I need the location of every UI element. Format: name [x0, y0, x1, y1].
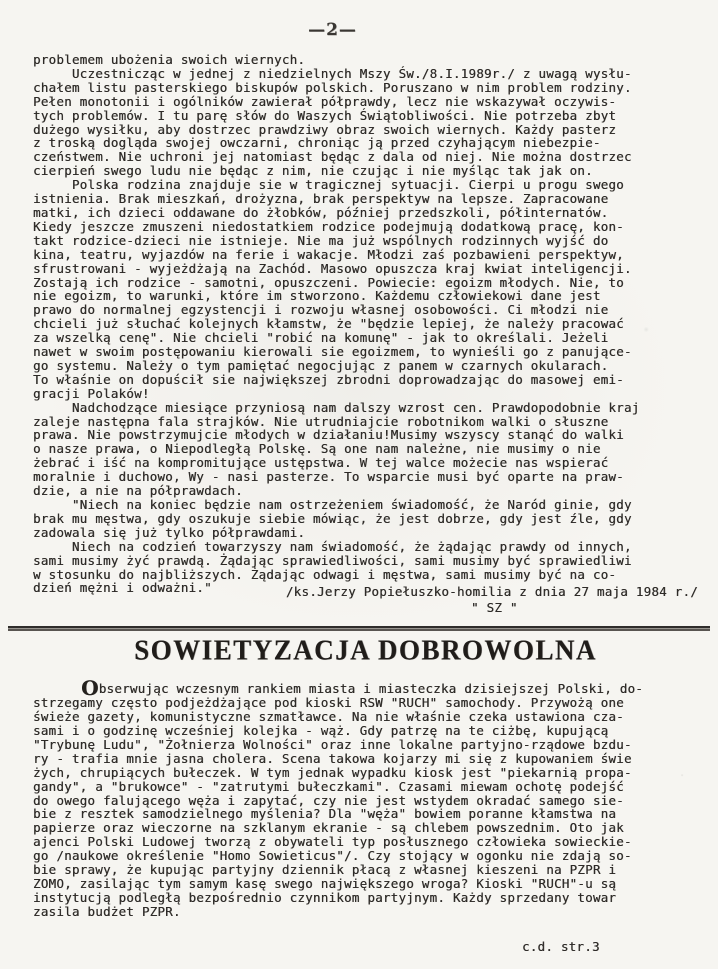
sovietization-article-body: Obserwując wczesnym rankiem miasta i mia… — [33, 667, 698, 932]
continuation-note: c.d. str.3 — [522, 939, 600, 954]
scanned-page: —2— problemem ubożenia swoich wiernych. … — [0, 0, 718, 969]
section-divider-rule — [8, 626, 710, 631]
page-number: —2— — [308, 20, 357, 40]
article-title: SOWIETYZACJA DOBROWOLNA — [33, 636, 698, 665]
homily-closing-line: dzień mężni i odważni." — [33, 581, 212, 595]
author-initials: " SZ " — [471, 600, 518, 615]
homily-article-body: problemem ubożenia swoich wiernych. Ucze… — [33, 53, 698, 581]
sovietization-article-text: bserwując wczesnym rankiem miasta i mias… — [33, 681, 643, 919]
page-number-row: —2— — [33, 20, 698, 44]
homily-closing-row: dzień mężni i odważni." /ks.Jerzy Popieł… — [33, 581, 698, 595]
continuation-row: c.d. str.3 — [33, 939, 698, 954]
homily-attribution: /ks.Jerzy Popiełuszko-homilia z dnia 27 … — [286, 585, 698, 599]
drop-cap-letter: O — [81, 683, 99, 694]
signature-row: " SZ " — [33, 601, 698, 615]
